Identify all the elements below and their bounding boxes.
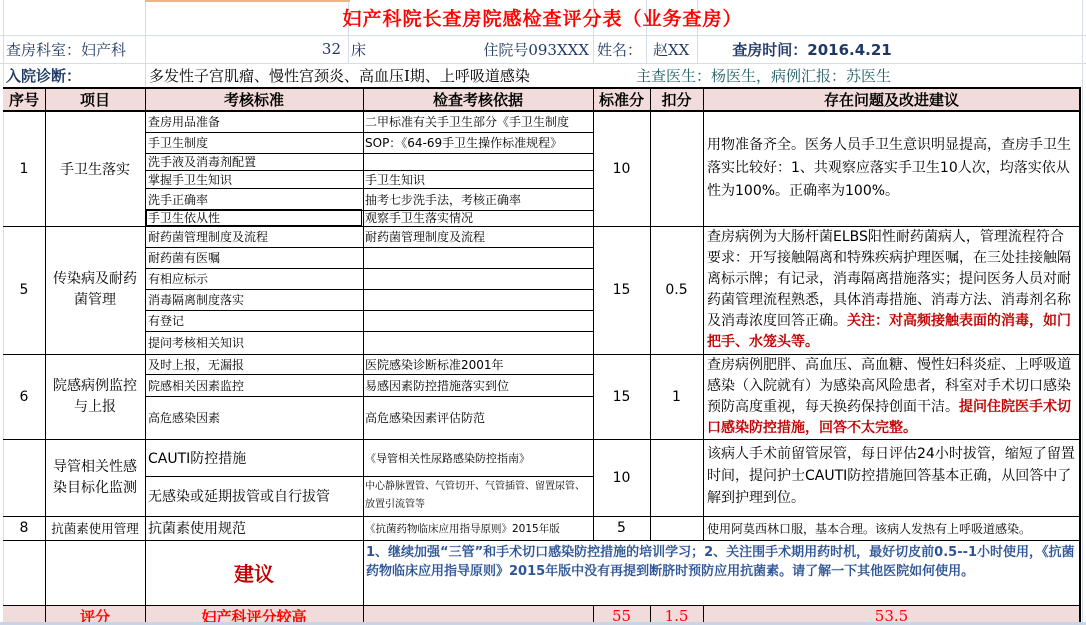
column-header-standard: 考核标准 [145,88,363,110]
row1-standard-1: 查房用品准备 [148,111,362,132]
border [3,540,1080,541]
border [3,605,1080,606]
row5-item: 传染病及耐药菌管理 [47,226,143,354]
row1-issues: 用物准备齐全。医务人员手卫生意识明显提高，查房手卫生落实比较好：1、共观察应落实… [707,111,1077,226]
border [45,87,46,625]
border [145,268,593,269]
column-header-deduct: 扣分 [650,88,703,110]
diagnosis-label: 入院诊断： [6,63,145,87]
row8-issues: 使用阿莫西林口服，基本合理。该病人发热有上呼吸道感染。 [707,516,1079,540]
row6-issues: 查房病例肥胖、高血压、高血糖、慢性妇科炎症、上呼吸道感染（入院就有）为感染高风险… [707,355,1077,439]
border [1079,87,1081,625]
row1-basis-1: 二甲标准有关手卫生部分《手卫生制度 [365,111,592,132]
row7-basis-2: 中心静脉置管、气管切开、气管插管、留置尿管、放置引流管等 [365,476,592,516]
border [3,226,1080,227]
row1-deduct [650,111,703,226]
row6-standard-3: 高危感染因素 [148,396,362,439]
row1-item: 手卫生落实 [45,111,145,226]
row8-standard-1: 抗菌素使用规范 [148,516,362,540]
row5-standard-3: 有相应标示 [148,268,362,289]
row5-standard-5: 有登记 [148,310,362,331]
row5-standard-1: 耐药菌管理制度及流程 [148,226,362,247]
row6-basis-3: 高危感染因素评估防范 [365,396,592,439]
border [145,310,593,311]
border [3,354,1080,355]
doctors-info: 主查医生：杨医生，病例汇报：苏医生 [636,63,1036,87]
column-header-seq: 序号 [3,88,45,110]
row8-basis-1: 《抗菌药物临床应用指导原则》2015年版 [365,516,592,540]
column-header-item: 项目 [45,88,145,110]
row7-seq [3,439,45,516]
border [145,170,593,171]
row7-issues-text: 该病人手术前留管尿管，每日评估24小时拔管，缩短了留置时间，提问护士CAUTI防… [707,446,1075,506]
row6-score: 15 [593,354,650,439]
row8-deduct [650,516,703,540]
row5-score: 15 [593,226,650,354]
department-label: 查房科室：妇产科 [6,35,145,63]
row6-standard-1: 及时上报，无漏报 [148,354,362,374]
row7-issues: 该病人手术前留管尿管，每日评估24小时拔管，缩短了留置时间，提问护士CAUTI防… [707,443,1077,513]
row5-deduct: 0.5 [650,226,703,354]
suggestion-text: 1、继续加强“三管”和手术切口感染防控措施的培训学习；2、关注围手术期用药时机，… [366,543,1078,603]
row1-standard-3: 洗手液及消毒剂配置 [148,153,362,170]
patient-name: 赵XX [653,35,697,63]
row1-basis-4: 手卫生知识 [365,170,592,188]
bed-label: 床 [351,35,391,63]
border [145,132,593,133]
row8-score: 5 [593,516,650,540]
row1-issues-text: 用物准备齐全。医务人员手卫生意识明显提高，查房手卫生落实比较好：1、共观察应落实… [707,134,1077,203]
border [145,289,593,290]
row7-item: 导管相关性感染目标化监测 [47,439,143,516]
active-cell-outline [146,209,362,226]
page-title: 妇产科院长查房院感检查评分表（业务查房） [3,0,1082,35]
border [3,87,1081,89]
border [703,87,704,540]
row6-deduct: 1 [650,354,703,439]
row7-basis-1: 《导管相关性尿路感染防控指南》 [365,439,592,476]
grid-line [1082,0,1083,625]
row7-standard-2: 无感染或延期拔管或自行拔管 [148,476,362,516]
row7-deduct [650,439,703,516]
row5-standard-2: 耐药菌有医嘱 [148,247,362,268]
row1-standard-4: 掌握手卫生知识 [148,170,362,188]
row6-standard-2: 院感相关因素监控 [148,374,362,396]
border [363,87,364,625]
row1-basis-5: 抽考七步洗手法，考核正确率 [365,188,592,210]
row1-basis-2: SOP：《64-69手卫生操作标准规程》 [365,132,592,153]
row8-seq: 8 [3,516,45,540]
row7-score: 10 [593,439,650,516]
border [145,87,146,625]
row1-seq: 1 [3,111,45,226]
border [3,439,1080,440]
border [145,374,593,375]
border [145,396,593,397]
admission-number: 住院号093XXX [391,35,591,63]
border [145,247,593,248]
row1-standard-2: 手卫生制度 [148,132,362,153]
border [145,153,593,154]
row6-basis-1: 医院感染诊断标准2001年 [365,354,592,374]
row1-basis-6: 观察手卫生落实情况 [365,210,592,226]
diagnosis-value: 多发性子宫肌瘤、慢性宫颈炎、高血压I期、上呼吸道感染 [149,63,629,87]
row6-item: 院感病例监控与上报 [47,354,143,439]
row5-standard-6: 提问考核相关知识 [148,331,362,354]
round-time: 查房时间：2016.4.21 [697,35,927,63]
border [3,516,1080,517]
row6-seq: 6 [3,354,45,439]
row5-issues: 查房病例为大肠杆菌ELBS阳性耐药菌病人，管理流程符合要求：开写接触隔离和特殊疾… [707,227,1077,354]
border [3,110,1081,112]
row5-basis-1: 耐药菌管理制度及流程 [365,226,592,247]
column-header-issues: 存在问题及改进建议 [703,88,1080,110]
row7-standard-1: CAUTI防控措施 [148,439,362,476]
border [650,87,651,540]
column-header-score: 标准分 [593,88,650,110]
name-label: 姓名： [597,35,647,63]
bed-number: 32 [145,35,345,63]
row5-seq: 5 [3,226,45,354]
row6-basis-2: 易感因素防控措施落实到位 [365,374,592,396]
row1-score: 10 [593,111,650,226]
border [145,188,593,189]
row8-item: 抗菌素使用管理 [45,516,145,540]
border [593,87,594,540]
border [145,476,593,477]
column-header-basis: 检查考核依据 [363,88,593,110]
row5-standard-4: 消毒隔离制度落实 [148,289,362,310]
suggestion-label: 建议 [145,540,363,605]
row1-standard-5: 洗手正确率 [148,188,362,210]
border [145,331,593,332]
